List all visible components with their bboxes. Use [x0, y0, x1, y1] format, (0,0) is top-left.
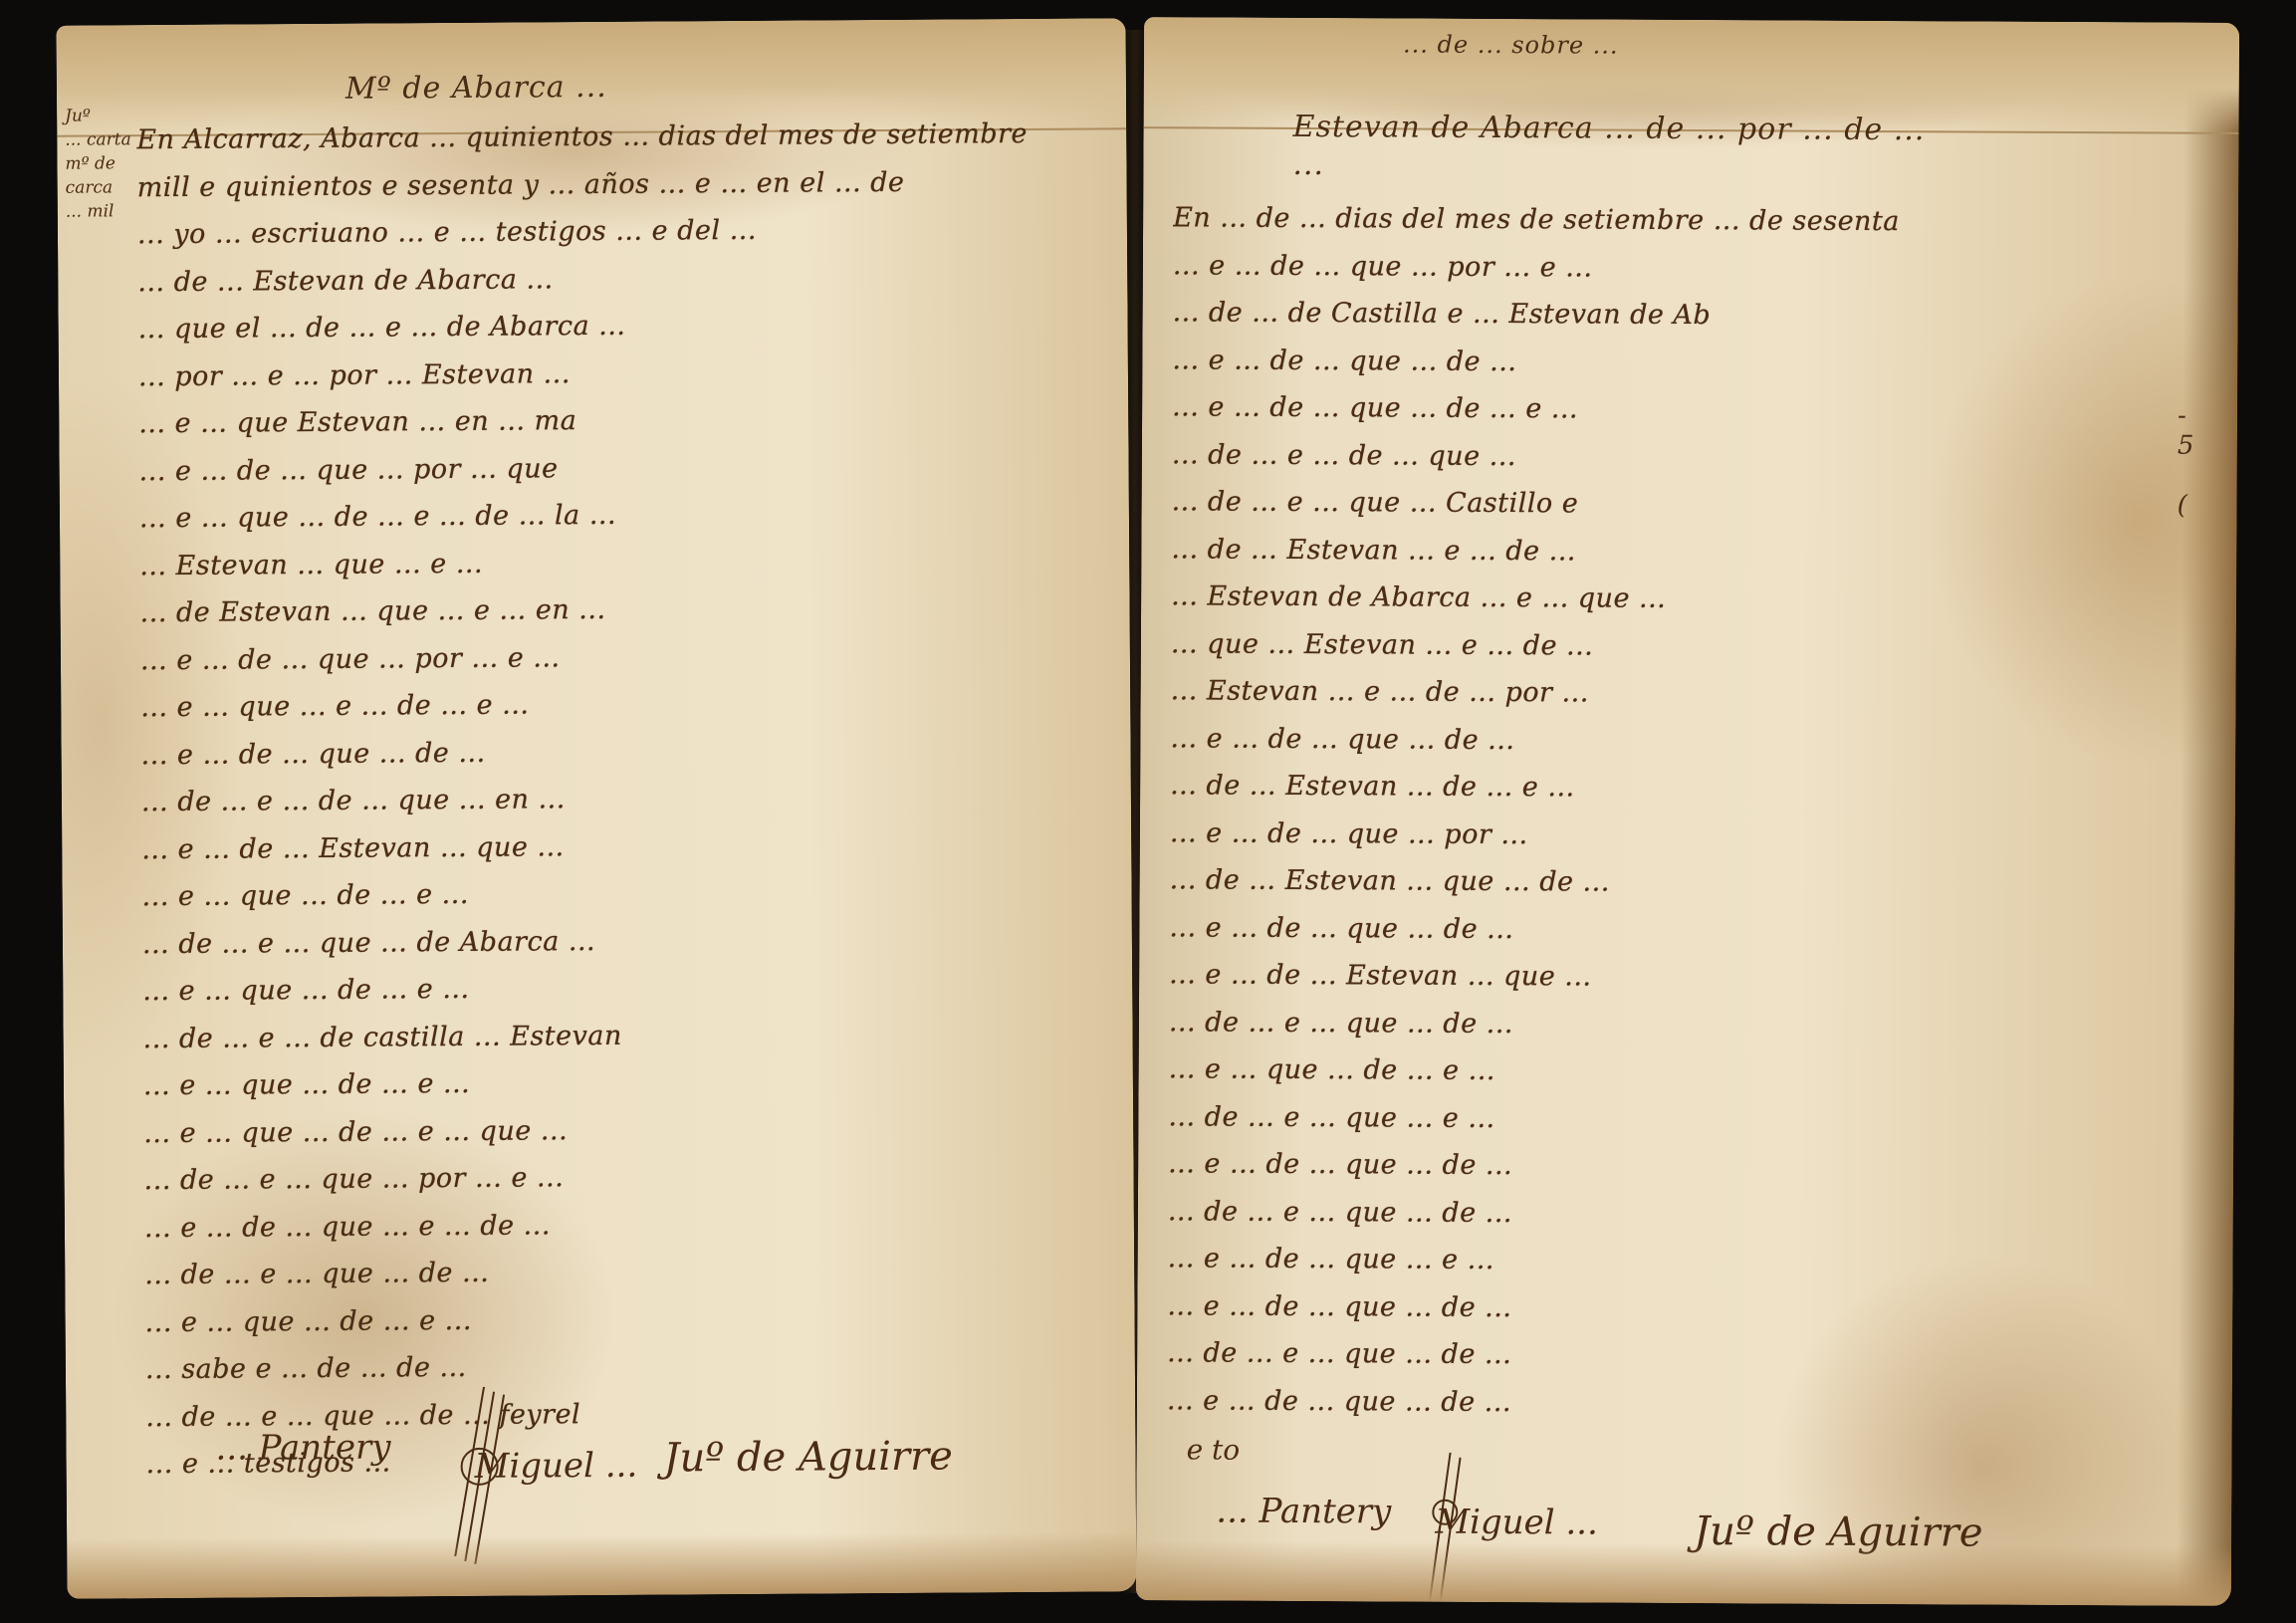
- manuscript-line: ... de ... e ... que ... de ...: [1167, 1329, 2202, 1382]
- manuscript-line: ... e ... de ... que ... e ... de ...: [144, 1198, 1120, 1252]
- edge-mark: -: [2178, 401, 2186, 431]
- margin-note: ... mil: [66, 200, 115, 222]
- manuscript-line: mill e quinientos e sesenta y ... años .…: [136, 157, 1112, 211]
- right-page-text-block: En ... de ... dias del mes de setiembre …: [1167, 194, 2208, 1429]
- manuscript-line: ... e ... de ... que ... de ...: [1172, 337, 2207, 389]
- margin-note: carca: [66, 176, 114, 198]
- manuscript-line: ... e ... que ... e ... de ... e ...: [140, 677, 1116, 731]
- manuscript-line: ... de ... e ... que ... de ...: [1168, 1188, 2203, 1241]
- manuscript-line: ... de ... e ... que ... Castillo e: [1171, 478, 2206, 531]
- manuscript-line: ... e ... que Estevan ... en ... ma: [138, 393, 1114, 447]
- signature-aguirre: Juº de Aguirre: [663, 1434, 953, 1482]
- right-page-heading-line: Estevan de Abarca ... de ... por ... de …: [1293, 110, 1926, 147]
- manuscript-line: ... de ... e ... que ... por ... e ...: [143, 1150, 1119, 1204]
- manuscript-line: ... e ... que ... de ... e ... que ...: [143, 1103, 1119, 1157]
- manuscript-line: ... de ... e ... que ... e ...: [1168, 1093, 2203, 1146]
- manuscript-line: ... e ... de ... que ... e ...: [1168, 1235, 2203, 1287]
- manuscript-line: ... e ... que ... de ... e ...: [143, 1055, 1119, 1109]
- manuscript-line: ... de ... Estevan ... de ... e ...: [1170, 762, 2205, 814]
- closing-text: e to: [1187, 1433, 1241, 1466]
- manuscript-line: ... e ... que ... de ... e ...: [1169, 1045, 2204, 1098]
- manuscript-line: ... e ... de ... que ... por ...: [1170, 810, 2205, 862]
- edge-mark: (: [2178, 491, 2187, 521]
- left-page-text-block: En Alcarraz, Abarca ... quinientos ... d…: [136, 110, 1122, 1488]
- manuscript-line: ... Estevan ... que ... e ...: [139, 536, 1115, 589]
- manuscript-line: En Alcarraz, Abarca ... quinientos ... d…: [136, 110, 1112, 163]
- manuscript-line: ... e ... que ... de ... e ...: [144, 1292, 1120, 1346]
- manuscript-line: ... e ... de ... que ... de ...: [1169, 904, 2204, 957]
- manuscript-line: ... de ... de Castilla e ... Estevan de …: [1172, 289, 2207, 342]
- manuscript-line: ... de ... e ... de castilla ... Estevan: [142, 1009, 1118, 1062]
- right-page-heading-line: ...: [1292, 147, 1324, 182]
- manuscript-line: ... e ... de ... que ... por ... e ...: [140, 630, 1116, 684]
- manuscript-line: ... de ... Estevan ... e ... de ...: [1171, 526, 2206, 579]
- manuscript-line: ... e ... que ... de ... e ...: [141, 866, 1117, 920]
- signature-pantery: ... Pantery: [1216, 1492, 1391, 1532]
- manuscript-line: ... de Estevan ... que ... e ... en ...: [139, 582, 1115, 636]
- manuscript-line: ... de ... e ... que ... de Abarca ...: [142, 914, 1118, 968]
- manuscript-line: ... e ... de ... que ... de ...: [1168, 1140, 2203, 1193]
- manuscript-line: ... que el ... de ... e ... de Abarca ..…: [137, 299, 1113, 352]
- left-page-heading: Mº de Abarca ...: [345, 70, 607, 107]
- manuscript-line: ... e ... que ... de ... e ... de ... la…: [139, 488, 1115, 542]
- manuscript-line: ... e ... de ... Estevan ... que ...: [141, 819, 1117, 873]
- manuscript-line: ... de ... Estevan de Abarca ...: [137, 252, 1113, 306]
- manuscript-line: ... e ... de ... Estevan ... que ...: [1169, 951, 2204, 1004]
- manuscript-line: ... e ... de ... que ... por ... e ...: [1173, 242, 2208, 295]
- margin-note: Juº: [65, 106, 91, 127]
- manuscript-line: ... e ... de ... que ... de ... e ...: [1172, 383, 2207, 436]
- right-page-top-note: ... de ... sobre ...: [1403, 30, 1619, 59]
- manuscript-line: ... de ... e ... de ... que ...: [1172, 431, 2207, 484]
- manuscript-line: ... sabe e ... de ... de ...: [145, 1339, 1121, 1393]
- manuscript-line: ... e ... de ... que ... de ...: [1170, 715, 2205, 768]
- signature-pantery: ... Pantery: [215, 1427, 390, 1468]
- manuscript-line: ... e ... de ... que ... de ...: [1167, 1377, 2202, 1430]
- manuscript-line: ... e ... que ... de ... e ...: [142, 961, 1118, 1015]
- right-page: ... de ... sobre ... Estevan de Abarca .…: [1136, 17, 2239, 1606]
- left-page: Mº de Abarca ... Juº ... carta mº de car…: [56, 18, 1136, 1598]
- manuscript-line: ... de ... Estevan ... que ... de ...: [1170, 856, 2205, 909]
- bottom-edge-wear: [1136, 1540, 2231, 1606]
- manuscript-line: En ... de ... dias del mes de setiembre …: [1173, 194, 2208, 247]
- margin-note: mº de: [65, 152, 115, 174]
- manuscript-line: ... Estevan de Abarca ... e ... que ...: [1171, 573, 2206, 625]
- manuscript-line: ... yo ... escriuano ... e ... testigos …: [137, 204, 1113, 258]
- manuscript-line: ... de ... e ... que ... de ...: [144, 1245, 1120, 1298]
- manuscript-line: ... Estevan ... e ... de ... por ...: [1171, 667, 2206, 720]
- edge-mark: 5: [2178, 431, 2194, 461]
- manuscript-line: ... de ... e ... de ... que ... en ...: [141, 772, 1117, 825]
- manuscript-line: ... e ... de ... que ... por ... que: [138, 441, 1114, 495]
- bottom-edge-wear: [67, 1531, 1136, 1598]
- manuscript-line: ... e ... de ... que ... de ...: [140, 725, 1116, 779]
- manuscript-line: ... e ... de ... que ... de ...: [1167, 1282, 2202, 1335]
- margin-note: ... carta: [65, 128, 131, 150]
- manuscript-line: ... de ... e ... que ... de ...: [1169, 999, 2204, 1051]
- manuscript-line: ... que ... Estevan ... e ... de ...: [1171, 620, 2206, 673]
- manuscript-line: ... por ... e ... por ... Estevan ...: [138, 347, 1114, 400]
